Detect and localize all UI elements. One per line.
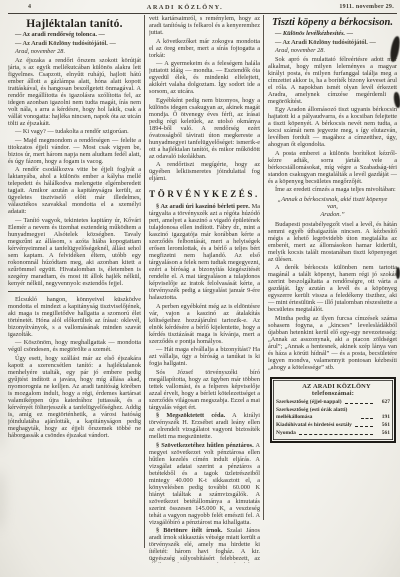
item-lead: § Szövetkezetéhez hűtlen pénztáros. (156, 442, 254, 449)
item-lead: § Börtönre ítélt írnok. (156, 527, 222, 534)
column-divider (144, 15, 145, 548)
quoted-address-line2: Aradon.” (272, 211, 393, 219)
phone-row: Szerkesztőség (éjjel-nappal) 627 (276, 399, 390, 406)
dialogue-line: — Ki vagy? — tudakolta a rendőr szigorúa… (8, 128, 141, 135)
dialogue-line: — Majd megmondom a rendőrségen — felelte… (8, 137, 141, 165)
quoted-address: „Annak a bérkocsisnak, akié tiszti köpen… (272, 196, 393, 219)
court-news-item: A perben egyébként még az is eldöntésre … (149, 303, 260, 345)
article-paragraph: A rendőrtiszt megígérte, hogy az ügyében… (149, 161, 260, 182)
article-column-middle: vett kartársaimról, s reménylem, hogy az… (149, 15, 260, 563)
column-divider (263, 15, 264, 520)
header-rule (8, 13, 397, 14)
article-headline: Hajléktalan tanító. (8, 18, 141, 30)
article-byline: — Az Aradi Közlöny tudósítójától. — (268, 39, 397, 46)
article-dateline: Arad, november 28. (268, 47, 397, 54)
article-column-left: Hajléktalan tanító. — Az aradi rendőrség… (8, 15, 141, 563)
article-paragraph: Elcsukló hangon, könnyeivel küszködve mo… (8, 296, 141, 338)
issue-date: 1911. november 29. (302, 4, 394, 10)
dash-leader (355, 426, 373, 427)
article-column-right: Tiszti köpeny a bérkocsison. — Különös l… (268, 15, 397, 566)
article-paragraph: A derék bérkocsis különben nem tartotta … (268, 264, 397, 313)
masthead-title: ARADI KÖZLÖNY. (68, 4, 302, 11)
phone-label: Szerkesztőség (esti órák alatti) melléká… (276, 407, 358, 420)
court-news-item: § Az aradi úri kaszinó bérleti pere. Ma … (149, 203, 260, 301)
masthead: 4 ARADI KÖZLÖNY. 1911. november 29. (8, 2, 394, 12)
page-number: 4 (8, 4, 68, 10)
quoted-address-line1: „Annak a bérkocsisnak, akié tiszti köpen… (278, 196, 388, 211)
court-news-item: § Börtönre ítélt írnok. Szalai János ara… (149, 527, 260, 563)
article-paragraph: A következőket már zokogva mondotta el a… (149, 38, 260, 59)
article-subtitle: — Az aradi rendőrség tolonca. — (8, 31, 141, 38)
margin-smudge (0, 470, 5, 530)
article-paragraph: Budapesti postabélyegzőt visel a levél, … (268, 221, 397, 263)
phone-box-title: AZ ARADI KÖZLÖNY telefonszámai: (276, 383, 390, 397)
phone-number: 561 (376, 422, 390, 429)
article-paragraph: Sok apró és mulattató félreértésre adott… (268, 56, 397, 105)
court-news-item: § Szövetkezetéhez hűtlen pénztáros. A me… (149, 442, 260, 526)
dialogue-line: — Köszönöm, hogy meghallgattak — mondott… (8, 339, 141, 353)
newspaper-page: 4 ARADI KÖZLÖNY. 1911. november 29. Hajl… (0, 0, 400, 577)
section-divider (8, 291, 131, 292)
court-news-item: Sós József törvényszéki bíró megállapíto… (149, 369, 260, 411)
phone-number: 627 (376, 399, 390, 406)
phone-row: Szerkesztőség (esti órák alatti) melléká… (276, 407, 390, 420)
phone-label: Kiadóhivatal és hirdetési osztály (276, 422, 352, 429)
article-paragraph: Íme az eredeti címzés a maga teljes mivo… (268, 186, 397, 193)
phone-label: Szerkesztőség (éjjel-nappal) (276, 399, 342, 406)
phone-number: 561 (376, 430, 390, 437)
item-lead: § Az aradi úri kaszinó bérleti pere. (156, 203, 250, 210)
dash-leader (345, 403, 373, 404)
article-paragraph: Mintha pedig az ilyen furcsa címzések sz… (268, 315, 397, 371)
article-headline: Tiszti köpeny a bérkocsison. (268, 17, 397, 29)
item-lead: § Megszöktetett céda. (156, 412, 225, 419)
phone-number: 191 (376, 414, 390, 421)
margin-smudge (0, 150, 6, 220)
phone-row: Nyomda 561 (276, 430, 390, 437)
article-paragraph: Egyébként pedig nem bizonyos, hogy a kül… (149, 97, 260, 160)
dialogue-line: — Tanító vagyok, tekintetes kapitány úr,… (8, 217, 141, 287)
article-paragraph: A posta emberei a különös borítékot kézr… (268, 150, 397, 185)
dialogue-line: — Hát maga elvállalja a bizonyítást? Ha … (149, 346, 260, 367)
court-news-item: § Megszöktetett céda. A királyi törvénys… (149, 412, 260, 440)
item-text: A megyei szövetkezet volt pénztárosa ell… (149, 442, 260, 526)
phone-row: Kiadóhivatal és hirdetési osztály 561 (276, 422, 390, 429)
phone-label: Nyomda (276, 430, 296, 437)
dash-leader (299, 434, 373, 435)
article-subtitle: — Különös levélkézbesítés. — (268, 30, 397, 37)
margin-smudge (0, 370, 5, 450)
section-header-courts: TÖRVÉNYKEZÉS. (149, 189, 260, 199)
article-dateline: Arad, november 28. (8, 48, 141, 55)
margin-smudge (0, 250, 5, 310)
article-byline: — Az Aradi Közlöny tudósítójától. — (8, 40, 141, 47)
article-paragraph: Az éjszaka a rendőri őrszem szokott körú… (8, 57, 141, 127)
article-paragraph: Úgy esett, hogy szállást már az első éjs… (8, 355, 141, 439)
dialogue-line: — A gyermekeim és a feleségem halála jut… (149, 60, 260, 95)
item-text: Ma tárgyalta a törvényszék azt a régóta … (149, 203, 260, 301)
dash-leader (361, 418, 373, 419)
article-paragraph: vett kartársaimról, s reménylem, hogy az… (149, 15, 260, 36)
phone-numbers-box: AZ ARADI KÖZLÖNY telefonszámai: Szerkesz… (270, 377, 396, 443)
article-paragraph: Egy Aradon állomásozó tiszt ugyanis bérk… (268, 106, 397, 148)
article-paragraph: A rendőr csodálkozva vitte be éjjeli fog… (8, 166, 141, 215)
